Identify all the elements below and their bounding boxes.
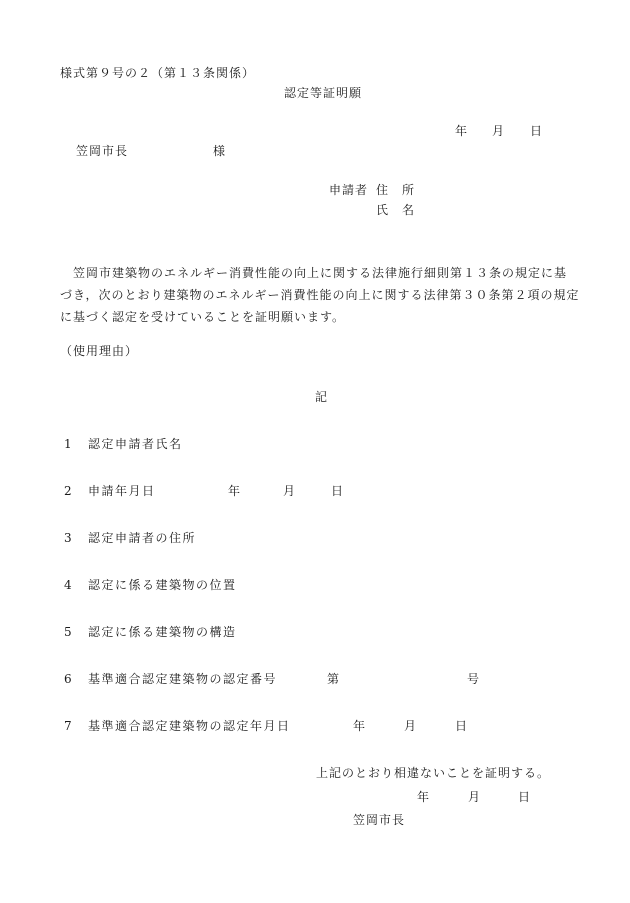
item-year-label: 年 — [353, 720, 365, 732]
item-number: 4 — [64, 579, 72, 591]
item-number: 1 — [64, 438, 72, 450]
item-label: 認定申請者の住所 — [88, 532, 196, 544]
item-label: 認定に係る建築物の構造 — [88, 626, 237, 638]
item-label: 基準適合認定建築物の認定番号 — [88, 673, 277, 685]
certification-signer: 笠岡市長 — [353, 814, 405, 826]
certification-day-label: 日 — [518, 791, 530, 803]
item-day-label: 日 — [331, 485, 343, 497]
item-day-label: 日 — [455, 720, 467, 732]
paragraph-line: に基づく認定を受けていることを証明願います。 — [60, 306, 580, 328]
date-day-label: 日 — [530, 125, 542, 137]
item-label: 認定申請者氏名 — [88, 438, 183, 450]
addressee-name: 笠岡市長 — [76, 145, 128, 157]
item-label: 基準適合認定建築物の認定年月日 — [88, 720, 291, 732]
item-number: 2 — [64, 485, 72, 497]
applicant-address-label: 住 所 — [376, 184, 415, 196]
document-title: 認定等証明願 — [284, 87, 362, 99]
certification-statement: 上記のとおり相違ないことを証明する。 — [316, 767, 550, 779]
item-number: 6 — [64, 673, 72, 685]
item-month-label: 月 — [283, 485, 295, 497]
certification-month-label: 月 — [468, 791, 480, 803]
applicant-name-label: 氏 名 — [376, 204, 415, 216]
item-number-suffix: 号 — [467, 673, 479, 685]
item-number: 7 — [64, 720, 72, 732]
record-heading: 記 — [315, 391, 327, 403]
item-label: 申請年月日 — [88, 485, 156, 497]
date-month-label: 月 — [492, 125, 504, 137]
item-year-label: 年 — [228, 485, 240, 497]
item-number: 3 — [64, 532, 72, 544]
item-number-prefix: 第 — [327, 673, 339, 685]
paragraph-line: づき，次のとおり建築物のエネルギー消費性能の向上に関する法律第３０条第２項の規定 — [60, 284, 580, 306]
form-number: 様式第９号の２（第１３条関係） — [60, 67, 255, 79]
item-month-label: 月 — [404, 720, 416, 732]
certification-year-label: 年 — [417, 791, 429, 803]
item-number: 5 — [64, 626, 72, 638]
usage-reason-label: （使用理由） — [60, 345, 138, 357]
item-label: 認定に係る建築物の位置 — [88, 579, 237, 591]
paragraph-line: 笠岡市建築物のエネルギー消費性能の向上に関する法律施行細則第１３条の規定に基 — [60, 262, 580, 284]
date-year-label: 年 — [455, 125, 467, 137]
applicant-label: 申請者 — [329, 184, 368, 196]
request-paragraph: 笠岡市建築物のエネルギー消費性能の向上に関する法律施行細則第１３条の規定に基 づ… — [60, 262, 580, 328]
addressee-honorific: 様 — [213, 145, 225, 157]
